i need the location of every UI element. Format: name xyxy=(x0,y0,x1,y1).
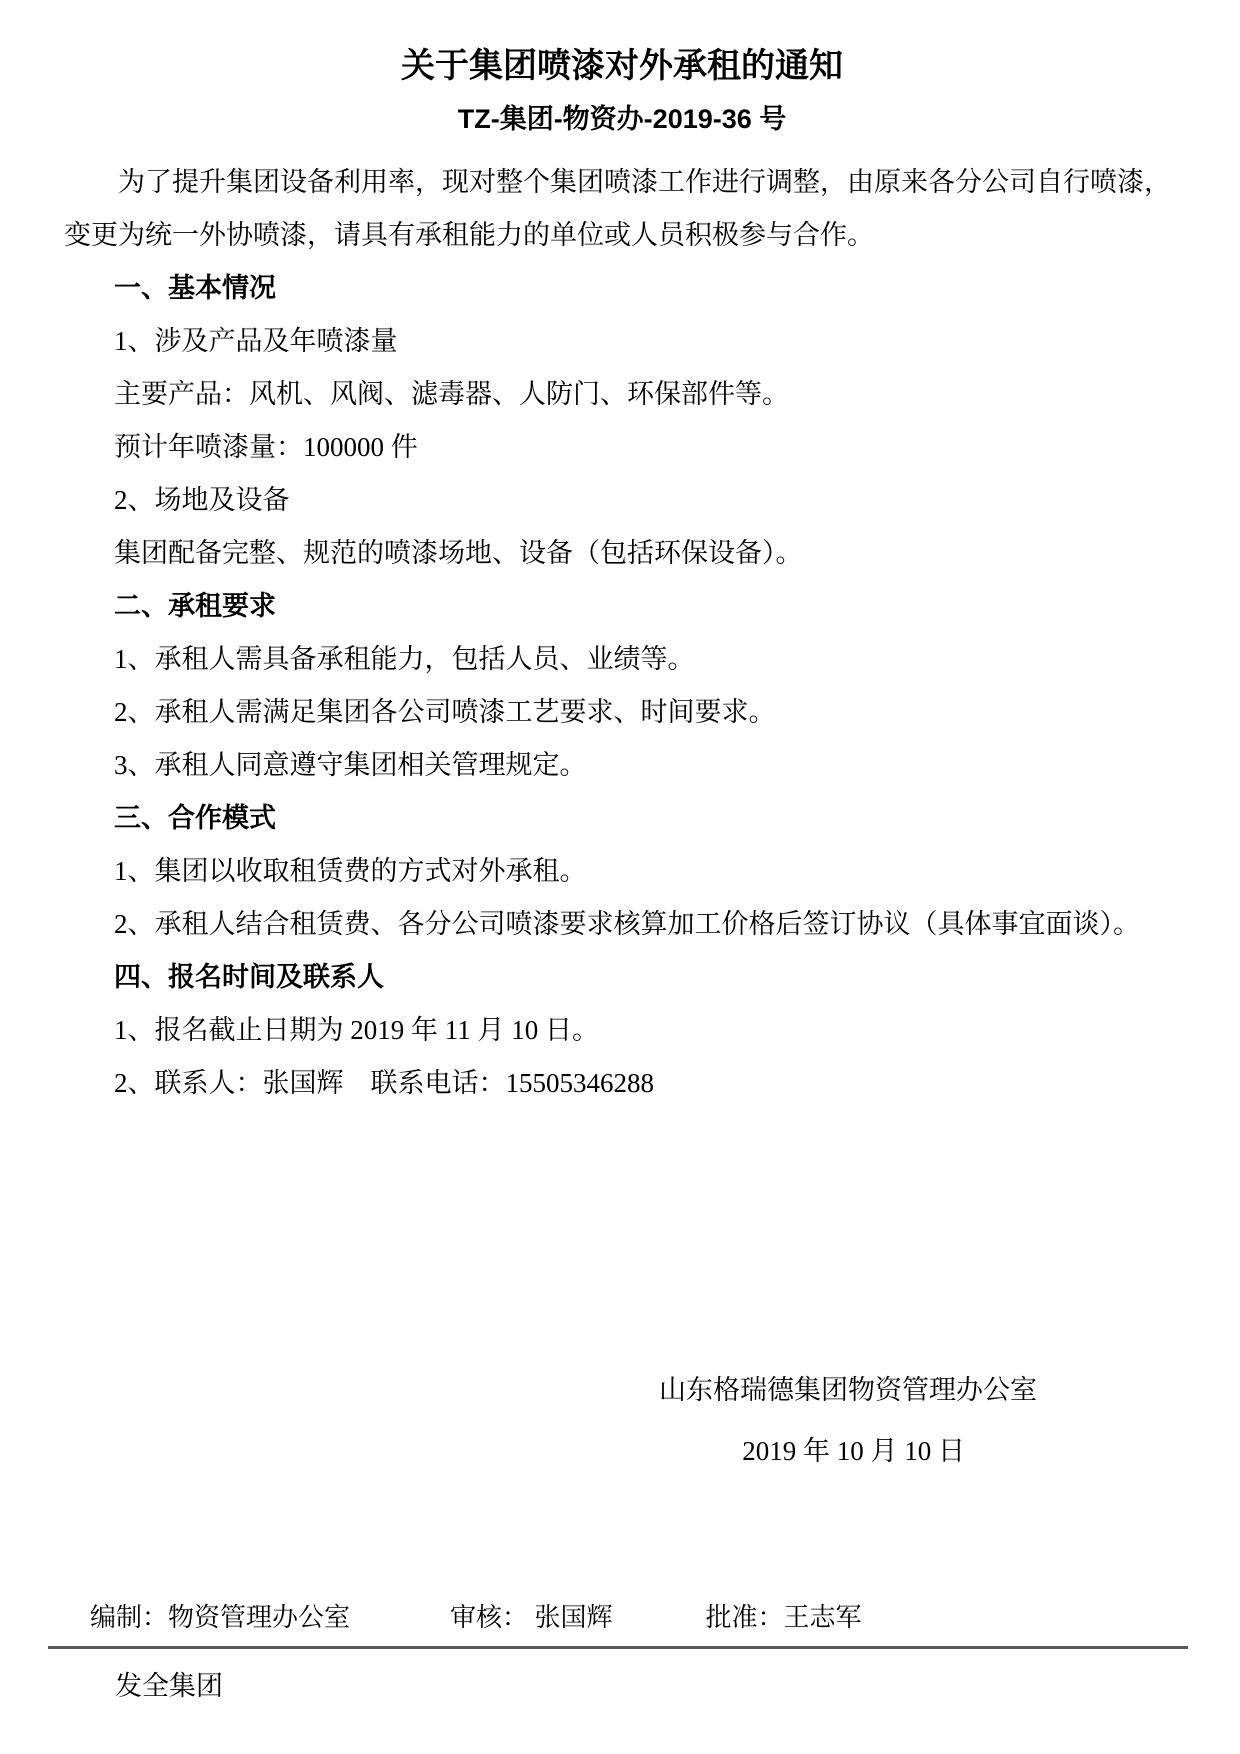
section-3-item: 2、承租人结合租赁费、各分公司喷漆要求核算加工价格后签订协议（具体事宜面谈）。 xyxy=(64,898,1180,951)
footer-approved-label: 批准：王志军 xyxy=(706,1600,862,1636)
section-3-item: 1、集团以收取租赁费的方式对外承租。 xyxy=(64,845,1180,898)
document-footer: 编制：物资管理办公室 审核： 张国辉 批准：王志军 发全集团 xyxy=(0,1600,1240,1705)
signature-org: 山东格瑞德集团物资管理办公室 xyxy=(64,1364,1037,1417)
section-heading-2: 二、承租要求 xyxy=(64,580,1180,633)
signature-block: 山东格瑞德集团物资管理办公室 2019 年 10 月 10 日 xyxy=(64,1364,1180,1478)
section-4-item: 2、联系人：张国辉 联系电话：15505346288 xyxy=(64,1057,1180,1110)
footer-divider xyxy=(48,1646,1188,1649)
section-heading-4: 四、报名时间及联系人 xyxy=(64,951,1180,1004)
section-1-item: 1、涉及产品及年喷漆量 xyxy=(64,315,1180,368)
footer-approval-row: 编制：物资管理办公室 审核： 张国辉 批准：王志军 xyxy=(0,1600,1240,1636)
section-1-item: 预计年喷漆量：100000 件 xyxy=(64,421,1180,474)
footer-distribution: 发全集团 xyxy=(115,1667,1240,1705)
section-4-item: 1、报名截止日期为 2019 年 11 月 10 日。 xyxy=(64,1004,1180,1057)
footer-reviewed-label: 审核： 张国辉 xyxy=(450,1600,613,1636)
section-2-item: 2、承租人需满足集团各公司喷漆工艺要求、时间要求。 xyxy=(64,686,1180,739)
section-1-item: 主要产品：风机、风阀、滤毒器、人防门、环保部件等。 xyxy=(64,368,1180,421)
section-heading-3: 三、合作模式 xyxy=(64,792,1180,845)
section-heading-1: 一、基本情况 xyxy=(64,262,1180,315)
section-2-item: 1、承租人需具备承租能力，包括人员、业绩等。 xyxy=(64,633,1180,686)
signature-date: 2019 年 10 月 10 日 xyxy=(64,1425,965,1478)
document-content: 关于集团喷漆对外承租的通知 TZ-集团-物资办-2019-36 号 为了提升集团… xyxy=(0,0,1240,1478)
section-1-item: 2、场地及设备 xyxy=(64,474,1180,527)
section-1-item: 集团配备完整、规范的喷漆场地、设备（包括环保设备）。 xyxy=(64,527,1180,580)
section-2-item: 3、承租人同意遵守集团相关管理规定。 xyxy=(64,739,1180,792)
doc-number: TZ-集团-物资办-2019-36 号 xyxy=(64,98,1180,140)
page-title: 关于集团喷漆对外承租的通知 xyxy=(64,40,1180,92)
document-page: 关于集团喷漆对外承租的通知 TZ-集团-物资办-2019-36 号 为了提升集团… xyxy=(0,0,1240,1754)
footer-prepared-label: 编制：物资管理办公室 xyxy=(90,1600,350,1636)
intro-paragraph: 为了提升集团设备利用率，现对整个集团喷漆工作进行调整，由原来各分公司自行喷漆，变… xyxy=(64,156,1180,262)
document-body: 为了提升集团设备利用率，现对整个集团喷漆工作进行调整，由原来各分公司自行喷漆，变… xyxy=(64,156,1180,1110)
